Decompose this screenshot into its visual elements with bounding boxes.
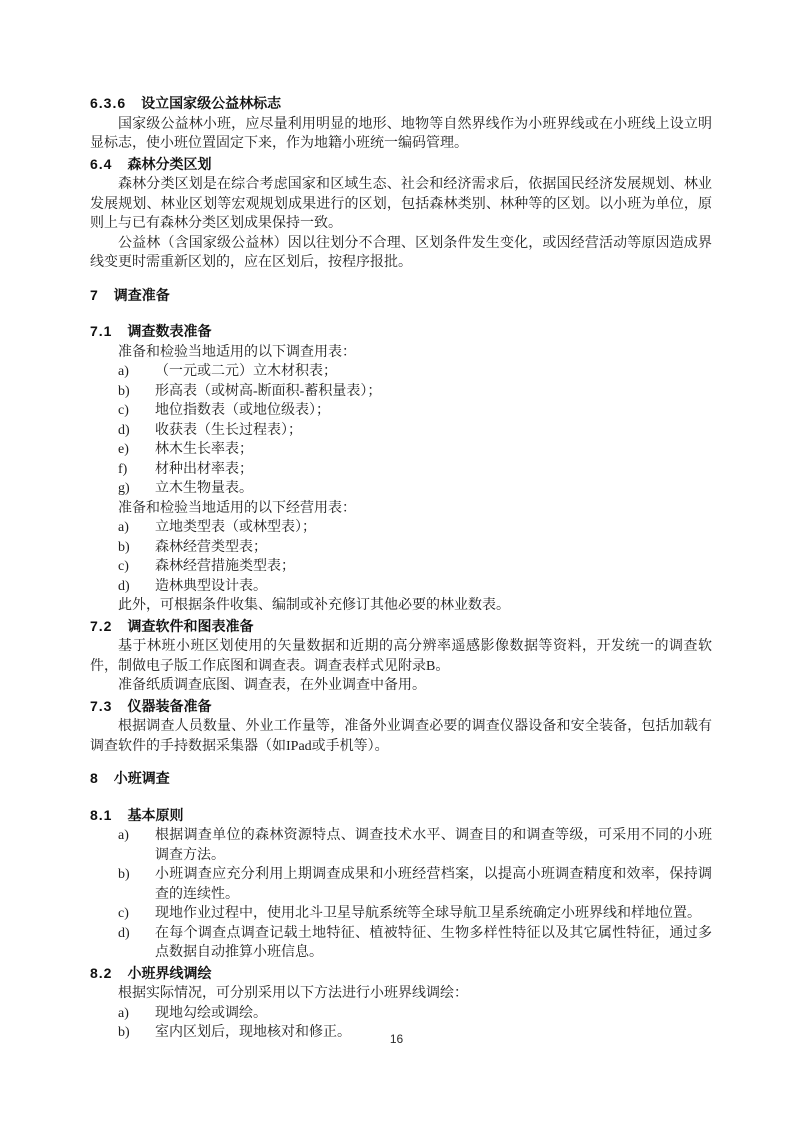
list-item-text: 现地勾绘或调绘。 <box>155 1006 267 1021</box>
list-item-label: a) <box>118 826 129 846</box>
heading-title: 仪器装备准备 <box>127 698 211 714</box>
chapter-heading: 8小班调查 <box>90 769 712 789</box>
list-item-text: （一元或二元）立木材积表； <box>155 364 337 379</box>
list-item: c)现地作业过程中，使用北斗卫星导航系统等全球导航卫星系统确定小班界线和样地位置… <box>90 904 712 924</box>
heading-title: 调查软件和图表准备 <box>127 618 253 634</box>
list-item-label: d) <box>118 421 130 441</box>
list-item: f)材种出材率表； <box>90 460 712 480</box>
list-item: b)森林经营类型表； <box>90 538 712 558</box>
paragraph: 基于林班小班区划使用的矢量数据和近期的高分辨率遥感影像数据等资料，开发统一的调查… <box>90 637 712 676</box>
paragraph: 准备和检验当地适用的以下经营用表： <box>90 499 712 519</box>
section-heading: 6.3.6设立国家级公益林标志 <box>90 94 712 114</box>
list-item: a)立地类型表（或林型表）； <box>90 518 712 538</box>
heading-number: 7.3 <box>90 697 112 717</box>
heading-title: 森林分类区划 <box>127 156 211 172</box>
paragraph: 森林分类区划是在综合考虑国家和区域生态、社会和经济需求后，依据国民经济发展规划、… <box>90 175 712 234</box>
list-item: d)收获表（生长过程表）； <box>90 421 712 441</box>
list-item-label: f) <box>118 460 127 480</box>
list-item-label: d) <box>118 577 130 597</box>
list-item-label: a) <box>118 518 129 538</box>
list-item: g)立木生物量表。 <box>90 479 712 499</box>
paragraph: 国家级公益林小班，应尽量利用明显的地形、地物等自然界线作为小班界线或在小班线上设… <box>90 115 712 154</box>
document-page: 6.3.6设立国家级公益林标志国家级公益林小班，应尽量利用明显的地形、地物等自然… <box>0 0 793 1121</box>
heading-title: 小班界线调绘 <box>127 965 211 981</box>
list-item-text: 在每个调查点调查记载土地特征、植被特征、生物多样性特征以及其它属性特征，通过多点… <box>155 926 712 961</box>
section-heading: 7.1调查数表准备 <box>90 322 712 342</box>
list-item: b)小班调查应充分利用上期调查成果和小班经营档案，以提高小班调查精度和效率，保持… <box>90 865 712 904</box>
heading-title: 调查准备 <box>114 287 170 303</box>
page-number: 16 <box>0 1032 793 1046</box>
list-item-text: 形高表（或树高-断面积-蓄积量表）； <box>155 384 381 399</box>
paragraph: 公益林（含国家级公益林）因以往划分不合理、区划条件发生变化，或因经营活动等原因造… <box>90 234 712 273</box>
list-item-text: 森林经营措施类型表； <box>155 559 295 574</box>
paragraph: 此外，可根据条件收集、编制或补充修订其他必要的林业数表。 <box>90 596 712 616</box>
section-heading: 6.4森林分类区划 <box>90 155 712 175</box>
heading-number: 6.3.6 <box>90 94 126 114</box>
section-heading: 8.1基本原则 <box>90 806 712 826</box>
list-item: c)森林经营措施类型表； <box>90 557 712 577</box>
heading-title: 设立国家级公益林标志 <box>141 95 281 111</box>
list-item: a)（一元或二元）立木材积表； <box>90 362 712 382</box>
paragraph: 准备纸质调查底图、调查表，在外业调查中备用。 <box>90 676 712 696</box>
heading-title: 小班调查 <box>114 770 170 786</box>
paragraph: 根据调查人员数量、外业工作量等，准备外业调查必要的调查仪器设备和安全装备，包括加… <box>90 717 712 756</box>
list-item-text: 林木生长率表； <box>155 442 253 457</box>
heading-number: 7 <box>90 286 99 306</box>
paragraph: 根据实际情况，可分别采用以下方法进行小班界线调绘： <box>90 984 712 1004</box>
list-item-text: 根据调查单位的森林资源特点、调查技术水平、调查目的和调查等级，可采用不同的小班调… <box>155 828 712 863</box>
list-item-label: b) <box>118 382 130 402</box>
list-item-text: 地位指数表（或地位级表）； <box>155 403 330 418</box>
list-item: d)造林典型设计表。 <box>90 577 712 597</box>
list-item: a)现地勾绘或调绘。 <box>90 1004 712 1024</box>
heading-number: 7.2 <box>90 617 112 637</box>
list-item-label: g) <box>118 479 130 499</box>
heading-number: 8 <box>90 769 99 789</box>
list-item: e)林木生长率表； <box>90 440 712 460</box>
list-item-text: 造林典型设计表。 <box>155 579 267 594</box>
list-item-label: b) <box>118 865 130 885</box>
section-heading: 7.2调查软件和图表准备 <box>90 617 712 637</box>
list-item-text: 立木生物量表。 <box>155 481 253 496</box>
heading-number: 7.1 <box>90 322 112 342</box>
section-heading: 8.2小班界线调绘 <box>90 964 712 984</box>
list-item: a)根据调查单位的森林资源特点、调查技术水平、调查目的和调查等级，可采用不同的小… <box>90 826 712 865</box>
heading-number: 8.2 <box>90 964 112 984</box>
list-item-text: 现地作业过程中，使用北斗卫星导航系统等全球导航卫星系统确定小班界线和样地位置。 <box>155 906 701 921</box>
list-item-text: 森林经营类型表； <box>155 540 267 555</box>
list-item-text: 立地类型表（或林型表）； <box>155 520 316 535</box>
section-heading: 7.3仪器装备准备 <box>90 697 712 717</box>
list-item-label: c) <box>118 904 129 924</box>
chapter-heading: 7调查准备 <box>90 286 712 306</box>
list-item-label: a) <box>118 1004 129 1024</box>
list-item: b)形高表（或树高-断面积-蓄积量表）； <box>90 382 712 402</box>
list-item-label: e) <box>118 440 129 460</box>
heading-number: 8.1 <box>90 806 112 826</box>
list-item: d)在每个调查点调查记载土地特征、植被特征、生物多样性特征以及其它属性特征，通过… <box>90 924 712 963</box>
paragraph: 准备和检验当地适用的以下调查用表： <box>90 343 712 363</box>
list-item-label: a) <box>118 362 129 382</box>
heading-title: 调查数表准备 <box>127 323 211 339</box>
list-item-label: d) <box>118 924 130 944</box>
list-item-text: 小班调查应充分利用上期调查成果和小班经营档案，以提高小班调查精度和效率，保持调查… <box>155 867 712 902</box>
list-item-label: c) <box>118 557 129 577</box>
list-item-label: b) <box>118 538 130 558</box>
heading-title: 基本原则 <box>127 807 183 823</box>
list-item-text: 材种出材率表； <box>155 462 253 477</box>
list-item-label: c) <box>118 401 129 421</box>
list-item: c)地位指数表（或地位级表）； <box>90 401 712 421</box>
document-body: 6.3.6设立国家级公益林标志国家级公益林小班，应尽量利用明显的地形、地物等自然… <box>90 93 712 1043</box>
heading-number: 6.4 <box>90 155 112 175</box>
list-item-text: 收获表（生长过程表）； <box>155 423 302 438</box>
